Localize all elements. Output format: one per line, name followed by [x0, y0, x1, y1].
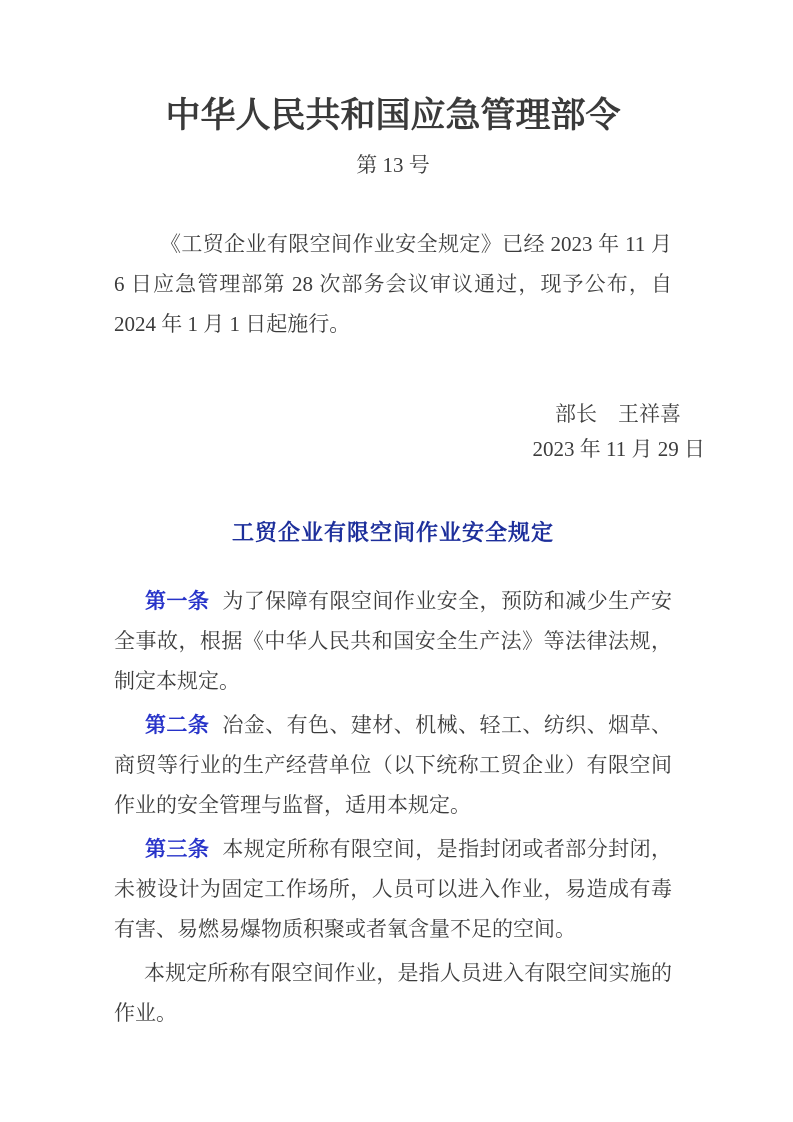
signer-line: 部长 王祥喜	[114, 394, 681, 434]
article-2: 第二条冶金、有色、建材、机械、轻工、纺织、烟草、商贸等行业的生产经营单位（以下统…	[114, 705, 672, 825]
article-3: 第三条本规定所称有限空间，是指封闭或者部分封闭，未被设计为固定工作场所，人员可以…	[114, 829, 672, 949]
intro-paragraph: 《工贸企业有限空间作业安全规定》已经 2023 年 11 月 6 日应急管理部第…	[114, 224, 672, 344]
document-title: 中华人民共和国应急管理部令	[114, 96, 672, 136]
regulation-title: 工贸企业有限空间作业安全规定	[114, 513, 672, 553]
document-page: 中华人民共和国应急管理部令 第 13 号 《工贸企业有限空间作业安全规定》已经 …	[0, 0, 793, 1122]
article-3-number: 第三条	[145, 837, 209, 861]
closing-paragraph: 本规定所称有限空间作业，是指人员进入有限空间实施的作业。	[114, 953, 672, 1033]
sign-date-line: 2023 年 11 月 29 日	[114, 429, 705, 469]
article-2-number: 第二条	[145, 713, 209, 737]
order-number: 第 13 号	[114, 150, 672, 180]
article-1-number: 第一条	[145, 589, 209, 613]
article-1: 第一条为了保障有限空间作业安全，预防和减少生产安全事故，根据《中华人民共和国安全…	[114, 581, 672, 701]
